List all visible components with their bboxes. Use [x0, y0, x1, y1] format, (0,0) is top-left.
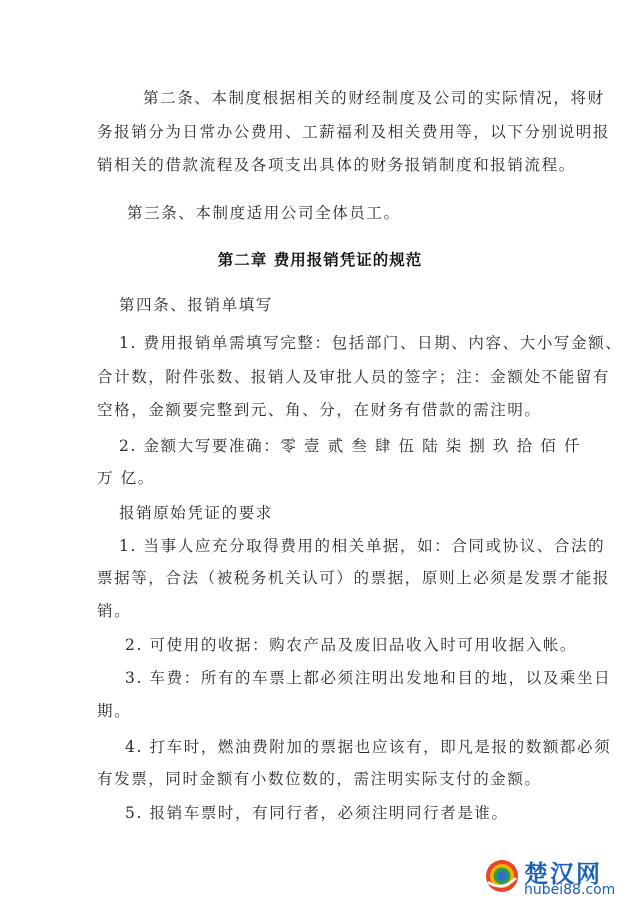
document-line: 有发票，同时金额有小数位数的，需注明实际支付的金额。: [97, 769, 543, 789]
document-line: 1. 费用报销单需填写完整：包括部门、日期、内容、大小写金额、: [119, 333, 543, 353]
document-line: 第四条、报销单填写: [119, 295, 543, 315]
watermark-domain: hubei88.com: [524, 882, 615, 898]
document-line: 万 亿。: [97, 468, 543, 488]
document-line: 销。: [97, 601, 543, 621]
document-line: 销相关的借款流程及各项支出具体的财务报销制度和报销流程。: [97, 155, 543, 175]
document-line: 票据等，合法（被税务机关认可）的票据，原则上必须是发票才能报: [97, 568, 543, 588]
document-line: 务报销分为日常办公费用、工薪福利及相关费用等，以下分别说明报: [97, 122, 543, 142]
site-logo-icon: [484, 858, 520, 894]
document-line: 报销原始凭证的要求: [119, 503, 543, 523]
document-line: 3. 车费：所有的车票上都必须注明出发地和目的地，以及乘坐日: [125, 668, 543, 688]
document-line: 合计数，附件张数、报销人及审批人员的签字；注：金额处不能留有: [97, 367, 543, 387]
document-line: 第三条、本制度适用公司全体员工。: [127, 203, 543, 223]
document-page: 第二条、本制度根据相关的财经制度及公司的实际情况，将财务报销分为日常办公费用、工…: [0, 0, 640, 905]
document-line: 空格，金额要完整到元、角、分，在财务有借款的需注明。: [97, 400, 543, 420]
document-line: 4. 打车时，燃油费附加的票据也应该有，即凡是报的数额都必须: [125, 737, 543, 757]
document-line: 第二条、本制度根据相关的财经制度及公司的实际情况，将财: [143, 88, 543, 108]
document-line: 期。: [97, 701, 543, 721]
document-line: 2. 金额大写要准确：零 壹 贰 叁 肆 伍 陆 柒 捌 玖 拾 佰 仟: [119, 436, 543, 456]
chapter-heading: 第二章 费用报销凭证的规范: [0, 248, 640, 270]
document-line: 5. 报销车票时，有同行者，必须注明同行者是谁。: [125, 803, 543, 823]
document-line: 2. 可使用的收据：购农产品及废旧品收入时可用收据入帐。: [125, 635, 543, 655]
document-line: 1. 当事人应充分取得费用的相关单据，如：合同或协议、合法的: [119, 536, 543, 556]
site-watermark: 楚汉网 hubei88.com: [480, 852, 640, 902]
